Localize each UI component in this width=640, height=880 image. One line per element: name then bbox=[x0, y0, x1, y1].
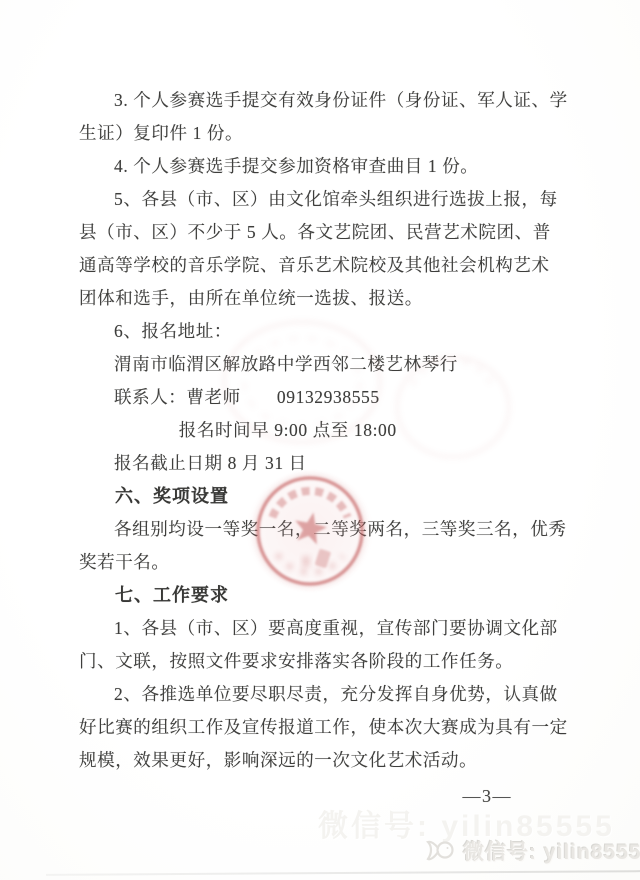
work-requirement-item-1: 1、各县（市、区）要高度重视，宣传部门要协调文化部 门、文联，按照文件要求安排落… bbox=[79, 612, 579, 678]
contact-person-line: 联系人：曹老师 09132938555 bbox=[79, 381, 579, 414]
registration-address-line: 渭南市临渭区解放路中学西邻二楼艺林琴行 bbox=[79, 348, 579, 381]
registration-deadline-line: 报名截止日期 8 月 31 日 bbox=[79, 447, 579, 480]
section-heading-work-requirements: 七、工作要求 bbox=[79, 579, 579, 612]
document-body: 3. 个人参赛选手提交有效身份证件（身份证、军人证、学 生证）复印件 1 份。 … bbox=[79, 84, 579, 777]
section-heading-awards: 六、奖项设置 bbox=[79, 480, 579, 513]
paragraph-item-6-address-label: 6、报名地址： bbox=[79, 315, 579, 348]
registration-hours-line: 报名时间早 9:00 点至 18:00 bbox=[79, 414, 579, 447]
work-requirement-item-2: 2、各推选单位要尽职尽责，充分发挥自身优势，认真做 好比赛的组织工作及宣传报道工… bbox=[79, 678, 579, 777]
watermark-text: 微信号: yilin85555 bbox=[463, 836, 640, 866]
fish-icon bbox=[426, 838, 458, 864]
wechat-watermark: 微信号: yilin85555 bbox=[426, 836, 640, 866]
document-page: 3. 个人参赛选手提交有效身份证件（身份证、军人证、学 生证）复印件 1 份。 … bbox=[0, 0, 640, 880]
paragraph-item-3: 3. 个人参赛选手提交有效身份证件（身份证、军人证、学 生证）复印件 1 份。 bbox=[79, 84, 579, 150]
paragraph-item-5: 5、各县（市、区）由文化馆牵头组织进行选拔上报，每 县（市、区）不少于 5 人。… bbox=[79, 183, 579, 315]
awards-description: 各组别均设一等奖一名，二等奖两名，三等奖三名，优秀 奖若干名。 bbox=[79, 513, 579, 579]
paragraph-item-4: 4. 个人参赛选手提交参加资格审查曲目 1 份。 bbox=[79, 150, 579, 183]
page-edge-shadow bbox=[46, 870, 640, 876]
